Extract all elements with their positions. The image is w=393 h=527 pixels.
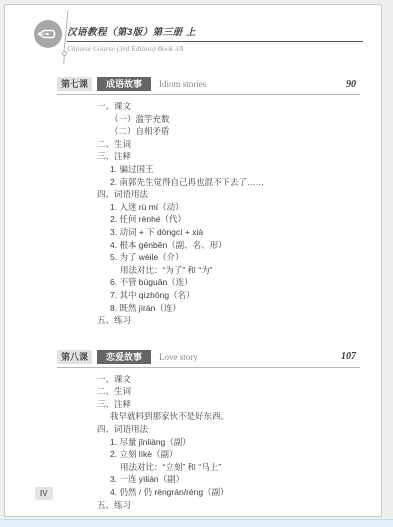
toc-item: 1. 入迷 rù mí（动）	[110, 201, 360, 214]
toc-item: 五、练习	[97, 314, 360, 327]
toc-sections: 第七课 成语故事 Idiom stories 90 一、课文（一）滥竽充数（二）…	[57, 77, 360, 511]
folio-page-number: IV	[35, 487, 53, 500]
lesson-number-badge: 第八课	[57, 350, 92, 364]
toc-item: 2. 立刻 lìkè（副）	[110, 448, 360, 461]
toc-item-list: 一、课文（一）滥竽充数（二）自相矛盾二、生词三、注释1. 骗过国王2. 南郭先生…	[57, 100, 360, 327]
lesson-title-badge: 恋爱故事	[97, 350, 151, 364]
toc-item: 四、词语用法	[97, 423, 360, 436]
toc-item: 7. 其中 qízhōng（名）	[110, 289, 360, 302]
toc-item: 4. 根本 gēnběn（副、名、形）	[110, 239, 360, 252]
lesson-title-english: Love story	[159, 352, 198, 362]
book-page: 汉语教程（第3版）第三册 上 Chinese Course (3rd Editi…	[4, 4, 382, 517]
lesson-number-badge: 第七课	[57, 77, 92, 91]
lesson-page-number: 90	[346, 79, 356, 90]
lesson-title-badge: 成语故事	[97, 77, 151, 91]
toc-item: 2. 任何 rènhé（代）	[110, 213, 360, 226]
toc-item: 用法对比：“为了” 和 “为”	[120, 264, 360, 277]
lesson-title-english: Idiom stories	[159, 79, 206, 89]
toc-item: 三、注释	[97, 150, 360, 163]
toc-item: 6. 不管 bùguǎn（连）	[110, 276, 360, 289]
toc-item: 2. 南郭先生觉得自己再也混不下去了……	[110, 176, 360, 189]
toc-item: 一、课文	[97, 100, 360, 113]
toc-item: （二）自相矛盾	[110, 125, 360, 138]
viewer-bottom-strip	[0, 519, 393, 527]
toc-item: 我早就料到那家伙不是好东西。	[110, 410, 360, 423]
toc-item: 二、生词	[97, 138, 360, 151]
toc-item-list: 一、课文二、生词三、注释我早就料到那家伙不是好东西。四、词语用法1. 尽量 jǐ…	[57, 373, 360, 512]
toc-section-header: 第八课 恋爱故事 Love story 107	[57, 350, 360, 368]
toc-item: 五、练习	[97, 499, 360, 512]
toc-item: 3. 动词 + 下 dòngcí + xià	[110, 226, 360, 239]
toc-item: 1. 尽量 jǐnliàng（副）	[110, 436, 360, 449]
lesson-page-number: 107	[341, 351, 356, 362]
toc-item: 一、课文	[97, 373, 360, 386]
toc-section: 第七课 成语故事 Idiom stories 90 一、课文（一）滥竽充数（二）…	[57, 77, 360, 327]
toc-item: 三、注释	[97, 398, 360, 411]
toc-item: 5. 为了 wèile（介）	[110, 251, 360, 264]
toc-section: 第八课 恋爱故事 Love story 107 一、课文二、生词三、注释我早就料…	[57, 350, 360, 512]
toc-item: 8. 既然 jìrán（连）	[110, 302, 360, 315]
toc-item: 4. 仍然 / 仍 réngrán/réng（副）	[110, 486, 360, 499]
toc-item: 1. 骗过国王	[110, 163, 360, 176]
book-title-zh: 汉语教程（第3版）第三册 上	[67, 24, 363, 42]
toc-section-header: 第七课 成语故事 Idiom stories 90	[57, 77, 360, 95]
toc-item: 二、生词	[97, 385, 360, 398]
book-toc-screenshot: { "header": { "title_zh": "汉语教程（第3版）第三册 …	[0, 0, 393, 527]
toc-item: 用法对比：“立刻” 和 “马上”	[120, 461, 360, 474]
toc-item: 3. 一连 yìlián（副）	[110, 473, 360, 486]
book-title-en: Chinese Course (3rd Edition) Book 3A	[67, 42, 363, 53]
toc-item: （一）滥竽充数	[110, 113, 360, 126]
header-titles: 汉语教程（第3版）第三册 上 Chinese Course (3rd Editi…	[67, 24, 363, 53]
page-header: 汉语教程（第3版）第三册 上 Chinese Course (3rd Editi…	[29, 15, 363, 63]
toc-item: 四、词语用法	[97, 188, 360, 201]
